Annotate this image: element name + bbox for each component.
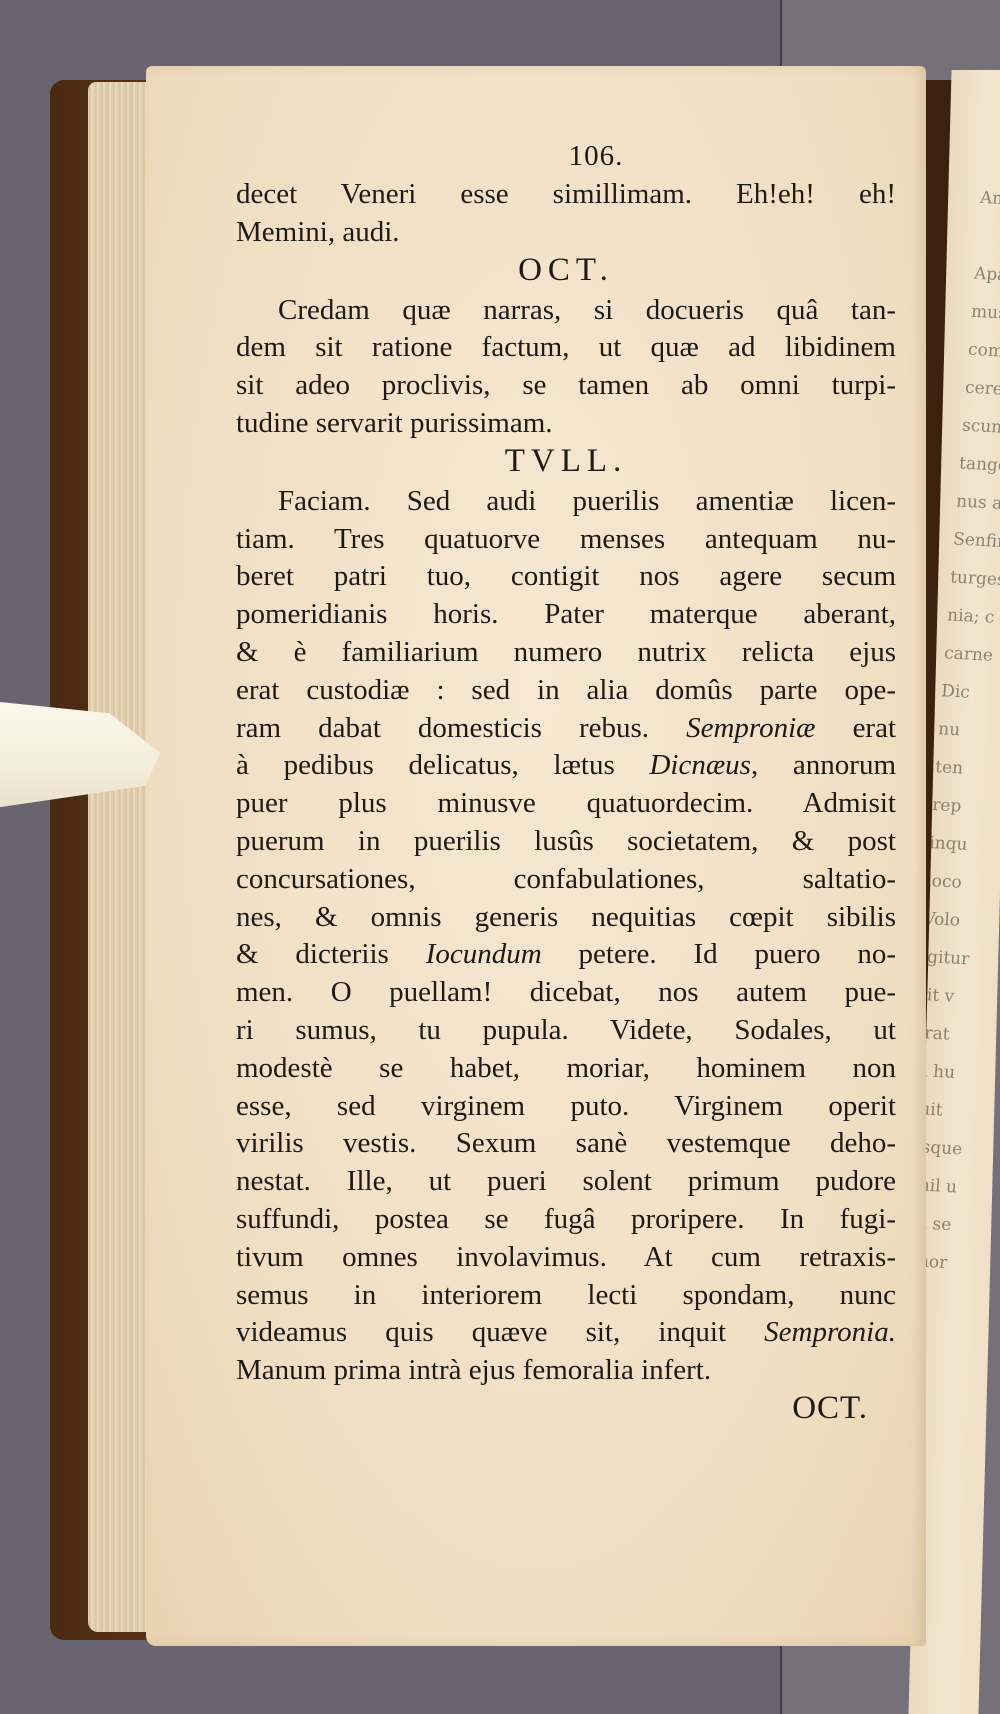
page-number: 106. <box>296 138 896 176</box>
text-line: tudine servarit purissimam. <box>236 405 896 443</box>
text-line: à pedibus delicatus, lætus Dicnæus, anno… <box>236 747 896 785</box>
text-line: pomeridianis horis. Pater materque abera… <box>236 596 896 634</box>
speaker-heading-tull: TVLL. <box>236 443 896 483</box>
text-line: decet Veneri esse simillimam. Eh!eh! eh! <box>236 176 896 214</box>
name-sempronia: Sempronia. <box>764 1316 896 1348</box>
text-line: ram dabat domesticis rebus. Semproniæ er… <box>236 710 896 748</box>
text-line: men. O puellam! dicebat, nos autem pue- <box>236 974 896 1012</box>
speaker-heading-oct: OCT. <box>236 252 896 292</box>
name-dicnaeus: Dicnæus <box>649 749 751 781</box>
text-line: videamus quis quæve sit, inquit Semproni… <box>236 1314 896 1352</box>
text-line: Memini, audi. <box>236 214 896 252</box>
text-line: dem sit ratione factum, ut quæ ad libidi… <box>236 329 896 367</box>
text-line: concursationes, confabulationes, saltati… <box>236 861 896 899</box>
text-line: semus in interiorem lecti spondam, nunc <box>236 1277 896 1315</box>
text-line: puerum in puerilis lusûs societatem, & p… <box>236 823 896 861</box>
text-line: suffundi, postea se fugâ proripere. In f… <box>236 1201 896 1239</box>
text-line: erat custodiæ : sed in alia domûs parte … <box>236 672 896 710</box>
text-line: Manum prima intrà ejus femoralia infert. <box>236 1352 896 1390</box>
text-line: virilis vestis. Sexum sanè vestemque deh… <box>236 1125 896 1163</box>
text-line: & è familiarium numero nutrix relicta ej… <box>236 634 896 672</box>
text-line: tiam. Tres quatuorve menses antequam nu- <box>236 521 896 559</box>
text-line: sit adeo proclivis, se tamen ab omni tur… <box>236 367 896 405</box>
text-line: tivum omnes involavimus. At cum retraxis… <box>236 1239 896 1277</box>
text-line: & dicteriis Iocundum petere. Id puero no… <box>236 936 896 974</box>
text-line: nes, & omnis generis nequitias cœpit sib… <box>236 899 896 937</box>
page-text: 106. decet Veneri esse simillimam. Eh!eh… <box>236 138 896 1430</box>
text-line: Faciam. Sed audi puerilis amentiæ licen- <box>236 483 896 521</box>
text-line: Credam quæ narras, si docueris quâ tan- <box>236 292 896 330</box>
page-edges <box>88 82 148 1632</box>
text-line: nestat. Ille, ut pueri solent primum pud… <box>236 1163 896 1201</box>
name-iocundum: Iocundum <box>426 938 542 970</box>
text-line: beret patri tuo, contigit nos agere secu… <box>236 558 896 596</box>
name-sempronia: Semproniæ <box>686 712 815 744</box>
text-line: puer plus minusve quatuordecim. Admisit <box>236 785 896 823</box>
catchword: OCT. <box>236 1390 896 1430</box>
text-line: ri sumus, tu pupula. Videte, Sodales, ut <box>236 1012 896 1050</box>
text-line: modestè se habet, moriar, hominem non <box>236 1050 896 1088</box>
text-line: esse, sed virginem puto. Virginem operit <box>236 1088 896 1126</box>
